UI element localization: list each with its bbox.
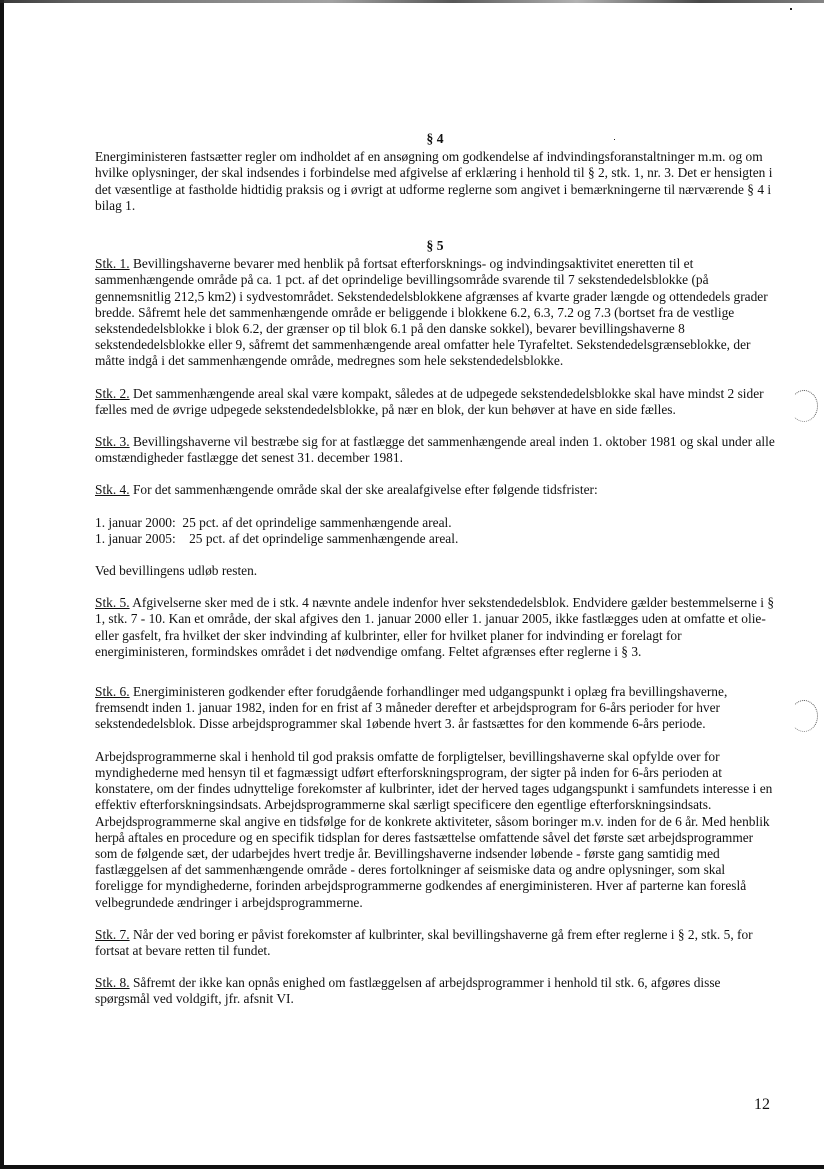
stk-label: Stk. 7. [95, 927, 130, 942]
stk-4-paragraph: Stk. 4. For det sammenhængende område sk… [95, 482, 775, 498]
stk-text: Energiministeren godkender efter forudgå… [95, 684, 727, 731]
stk-6-paragraph: Stk. 6. Energiministeren godkender efter… [95, 684, 775, 733]
punch-hole-mark [790, 390, 818, 422]
section-4-paragraph: Energiministeren fastsætter regler om in… [95, 149, 775, 214]
stk-label: Stk. 2. [95, 386, 130, 401]
stk-7-paragraph: Stk. 7. Når der ved boring er påvist for… [95, 927, 775, 959]
scan-border-left [0, 0, 4, 1169]
stk-label: Stk. 8. [95, 975, 130, 990]
stk-3-paragraph: Stk. 3. Bevillingshaverne vil bestræbe s… [95, 434, 775, 466]
stk-text: Bevillingshaverne vil bestræbe sig for a… [95, 434, 775, 465]
page-number: 12 [754, 1096, 770, 1114]
stk-6-continuation: Arbejdsprogrammerne skal i henhold til g… [95, 749, 775, 911]
stk-8-paragraph: Stk. 8. Såfremt der ikke kan opnås enigh… [95, 975, 775, 1007]
stk-1-paragraph: Stk. 1. Bevillingshaverne bevarer med he… [95, 256, 775, 369]
document-body: § 4 Energiministeren fastsætter regler o… [95, 131, 775, 1008]
deadline-item: 1. januar 2000: 25 pct. af det oprindeli… [95, 515, 775, 531]
stk-label: Stk. 4. [95, 482, 130, 497]
scan-border-top [0, 0, 824, 3]
stk-text: Det sammenhængende areal skal være kompa… [95, 386, 764, 417]
stk-4-remainder: Ved bevillingens udløb resten. [95, 563, 775, 579]
punch-hole-mark [790, 700, 818, 732]
section-heading-4: § 4 [95, 131, 775, 147]
section-heading-5: § 5 [95, 238, 775, 254]
deadline-item: 1. januar 2005: 25 pct. af det oprindeli… [95, 531, 775, 547]
stk-label: Stk. 1. [95, 256, 130, 271]
stk-text: Afgivelserne sker med de i stk. 4 nævnte… [95, 595, 774, 659]
scan-border-bottom [0, 1165, 824, 1169]
scan-speck [790, 8, 792, 10]
stk-label: Stk. 6. [95, 684, 130, 699]
stk-label: Stk. 3. [95, 434, 130, 449]
stk-5-paragraph: Stk. 5. Afgivelserne sker med de i stk. … [95, 595, 775, 660]
stk-text: For det sammenhængende område skal der s… [130, 482, 598, 497]
stk-text: Bevillingshaverne bevarer med henblik på… [95, 256, 768, 368]
stk-text: Såfremt der ikke kan opnås enighed om fa… [95, 975, 721, 1006]
stk-label: Stk. 5. [95, 595, 130, 610]
stk-2-paragraph: Stk. 2. Det sammenhængende areal skal væ… [95, 386, 775, 418]
document-page: § 4 Energiministeren fastsætter regler o… [0, 0, 824, 1169]
stk-text: Når der ved boring er påvist forekomster… [95, 927, 753, 958]
